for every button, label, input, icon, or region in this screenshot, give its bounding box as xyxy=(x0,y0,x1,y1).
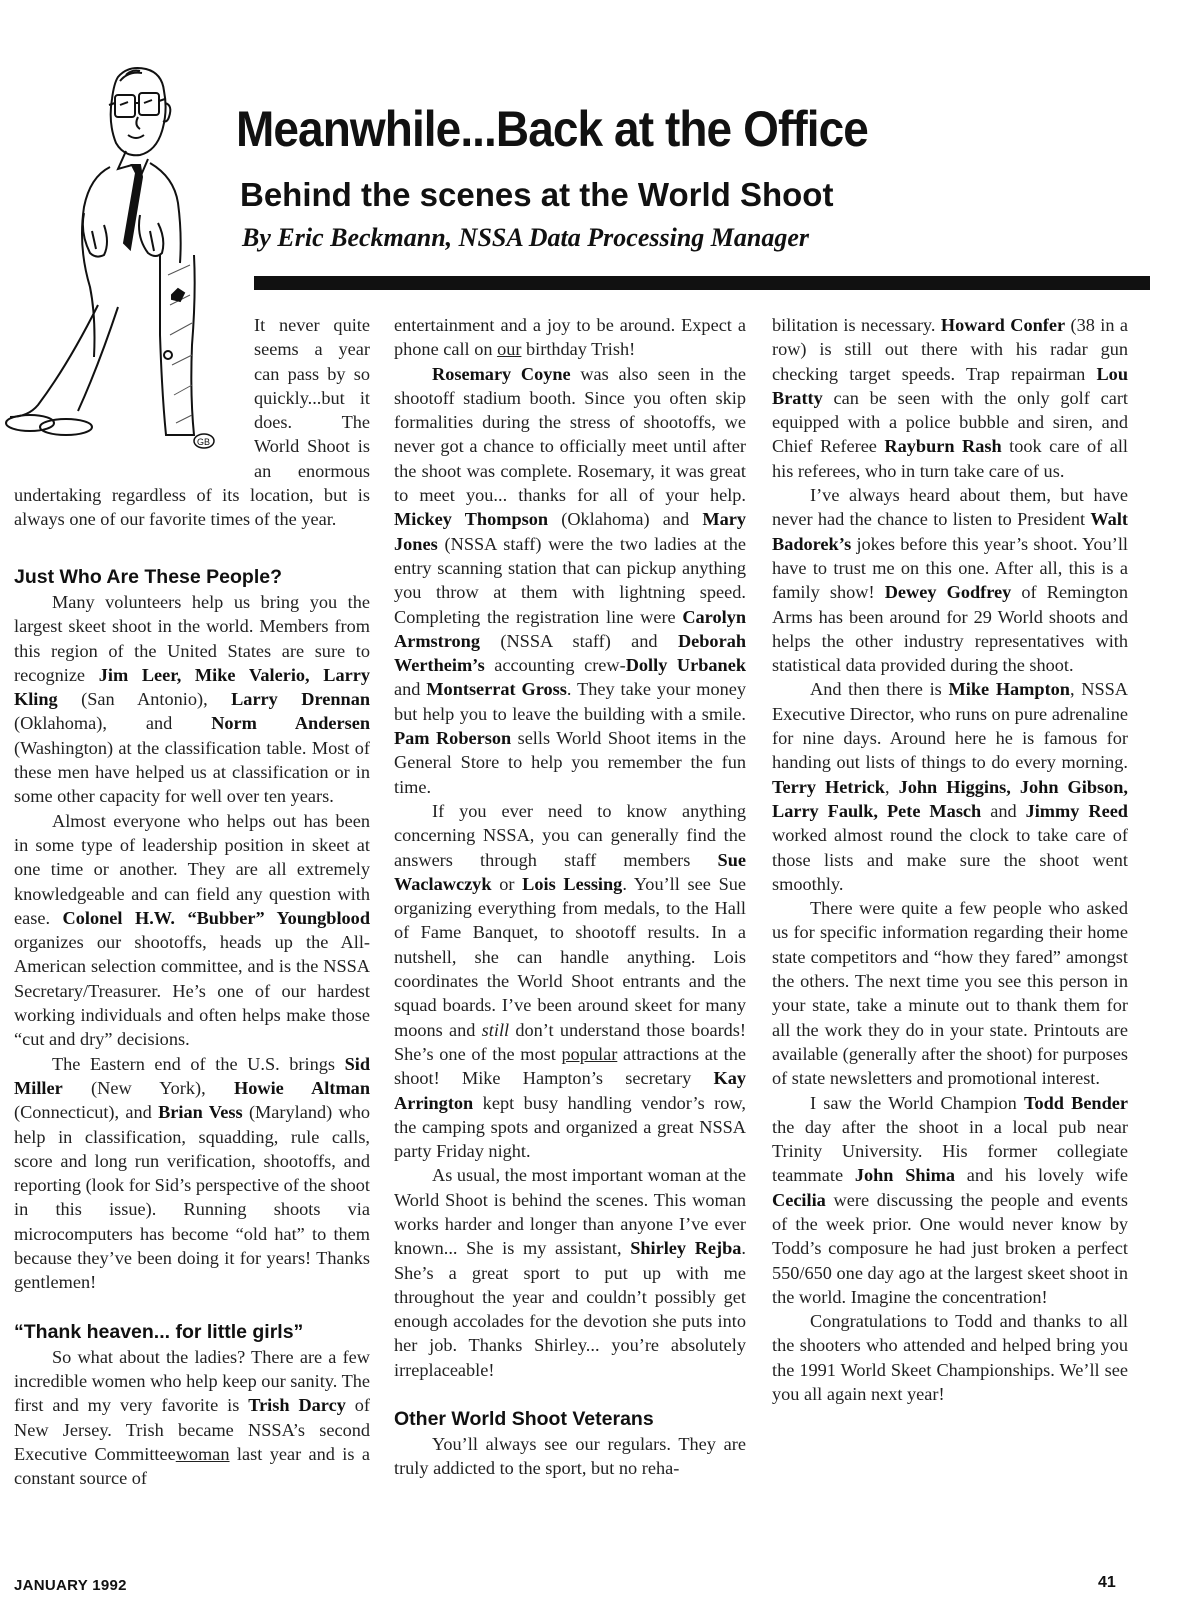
article-subtitle: Behind the scenes at the World Shoot xyxy=(240,176,833,214)
paragraph: Almost everyone who helps out has been i… xyxy=(14,809,370,1052)
column-3: bilitation is necessary. Howard Confer (… xyxy=(772,313,1128,1406)
bold-name: Lou Bratty xyxy=(772,364,1128,408)
paragraph: Congratulations to Todd and thanks to al… xyxy=(772,1309,1128,1406)
paragraph: Rosemary Coyne was also seen in the shoo… xyxy=(394,362,746,799)
bold-name: Howie Altman xyxy=(234,1078,370,1098)
bold-name: Todd Bender xyxy=(1024,1093,1128,1113)
bold-name: Brian Vess xyxy=(158,1102,243,1122)
bold-name: Dewey Godfrey xyxy=(885,582,1012,602)
bold-name: Lois Lessing xyxy=(522,874,622,894)
illustration-wrap-space xyxy=(14,313,254,459)
column-2-body: entertainment and a joy to be around. Ex… xyxy=(394,313,746,1382)
column-1: Just Who Are These People? Many voluntee… xyxy=(14,564,370,1490)
emphasis: still xyxy=(482,1020,509,1040)
article-title: Meanwhile...Back at the Office xyxy=(236,100,868,158)
paragraph: I saw the World Champion Todd Bender the… xyxy=(772,1091,1128,1310)
bold-name: Larry Drennan xyxy=(231,689,370,709)
bold-name: Terry Hetrick xyxy=(772,777,885,797)
paragraph: The Eastern end of the U.S. brings Sid M… xyxy=(14,1052,370,1295)
paragraph: And then there is Mike Hampton, NSSA Exe… xyxy=(772,677,1128,896)
magazine-page: GB Meanwhile...Back at the Office Behind… xyxy=(0,0,1200,1605)
column-3-body: bilitation is necessary. Howard Confer (… xyxy=(772,313,1128,1406)
paragraph: Many volunteers help us bring you the la… xyxy=(14,590,370,809)
bold-name: Kay Arrington xyxy=(394,1068,746,1112)
issue-date: JANUARY 1992 xyxy=(14,1577,127,1594)
underlined-word: woman xyxy=(176,1444,230,1464)
section-other-veterans-body: You’ll always see our regulars. They are… xyxy=(394,1432,746,1481)
bold-name: Jimmy Reed xyxy=(1026,801,1128,821)
page-number: 41 xyxy=(1098,1574,1116,1592)
section-heading-who-are-these-people: Just Who Are These People? xyxy=(14,564,370,590)
underlined-word: popular xyxy=(561,1044,617,1064)
article-byline: By Eric Beckmann, NSSA Data Processing M… xyxy=(242,223,809,253)
paragraph: If you ever need to know anything concer… xyxy=(394,799,746,1163)
bold-name: Montserrat Gross xyxy=(426,679,567,699)
section-heading-other-veterans: Other World Shoot Veterans xyxy=(394,1406,746,1432)
section-1-body: Many volunteers help us bring you the la… xyxy=(14,590,370,1295)
bold-name: Mike Hampton xyxy=(949,679,1070,699)
underlined-word: our xyxy=(497,339,521,359)
bold-name: Rosemary Coyne xyxy=(432,364,571,384)
paragraph: As usual, the most important woman at th… xyxy=(394,1163,746,1382)
bold-name: Cecilia xyxy=(772,1190,826,1210)
paragraph: I’ve always heard about them, but have n… xyxy=(772,483,1128,677)
paragraph: So what about the ladies? There are a fe… xyxy=(14,1345,370,1491)
paragraph: There were quite a few people who asked … xyxy=(772,896,1128,1090)
bold-name: Dolly Urbanek xyxy=(626,655,746,675)
bold-name: Rayburn Rash xyxy=(884,436,1001,456)
paragraph: You’ll always see our regulars. They are… xyxy=(394,1432,746,1481)
paragraph: bilitation is necessary. Howard Confer (… xyxy=(772,313,1128,483)
bold-name: Trish Darcy xyxy=(248,1395,346,1415)
section-heading-thank-heaven: “Thank heaven... for little girls” xyxy=(14,1319,370,1345)
bold-name: Mickey Thompson xyxy=(394,509,548,529)
bold-name: John Shima xyxy=(855,1165,955,1185)
column-1-intro: It never quite seems a year can pass by … xyxy=(14,313,370,532)
bold-name: Shirley Rejba xyxy=(630,1238,741,1258)
header-rule-divider xyxy=(254,276,1150,290)
bold-name: Howard Confer xyxy=(941,315,1065,335)
bold-name: Walt Badorek’s xyxy=(772,509,1128,553)
paragraph: entertainment and a joy to be around. Ex… xyxy=(394,313,746,362)
bold-name: Norm Andersen xyxy=(211,713,370,733)
column-2: entertainment and a joy to be around. Ex… xyxy=(394,313,746,1481)
section-2-body: So what about the ladies? There are a fe… xyxy=(14,1345,370,1491)
bold-name: Colonel H.W. “Bubber” Youngblood xyxy=(63,908,370,928)
bold-name: Pam Roberson xyxy=(394,728,511,748)
